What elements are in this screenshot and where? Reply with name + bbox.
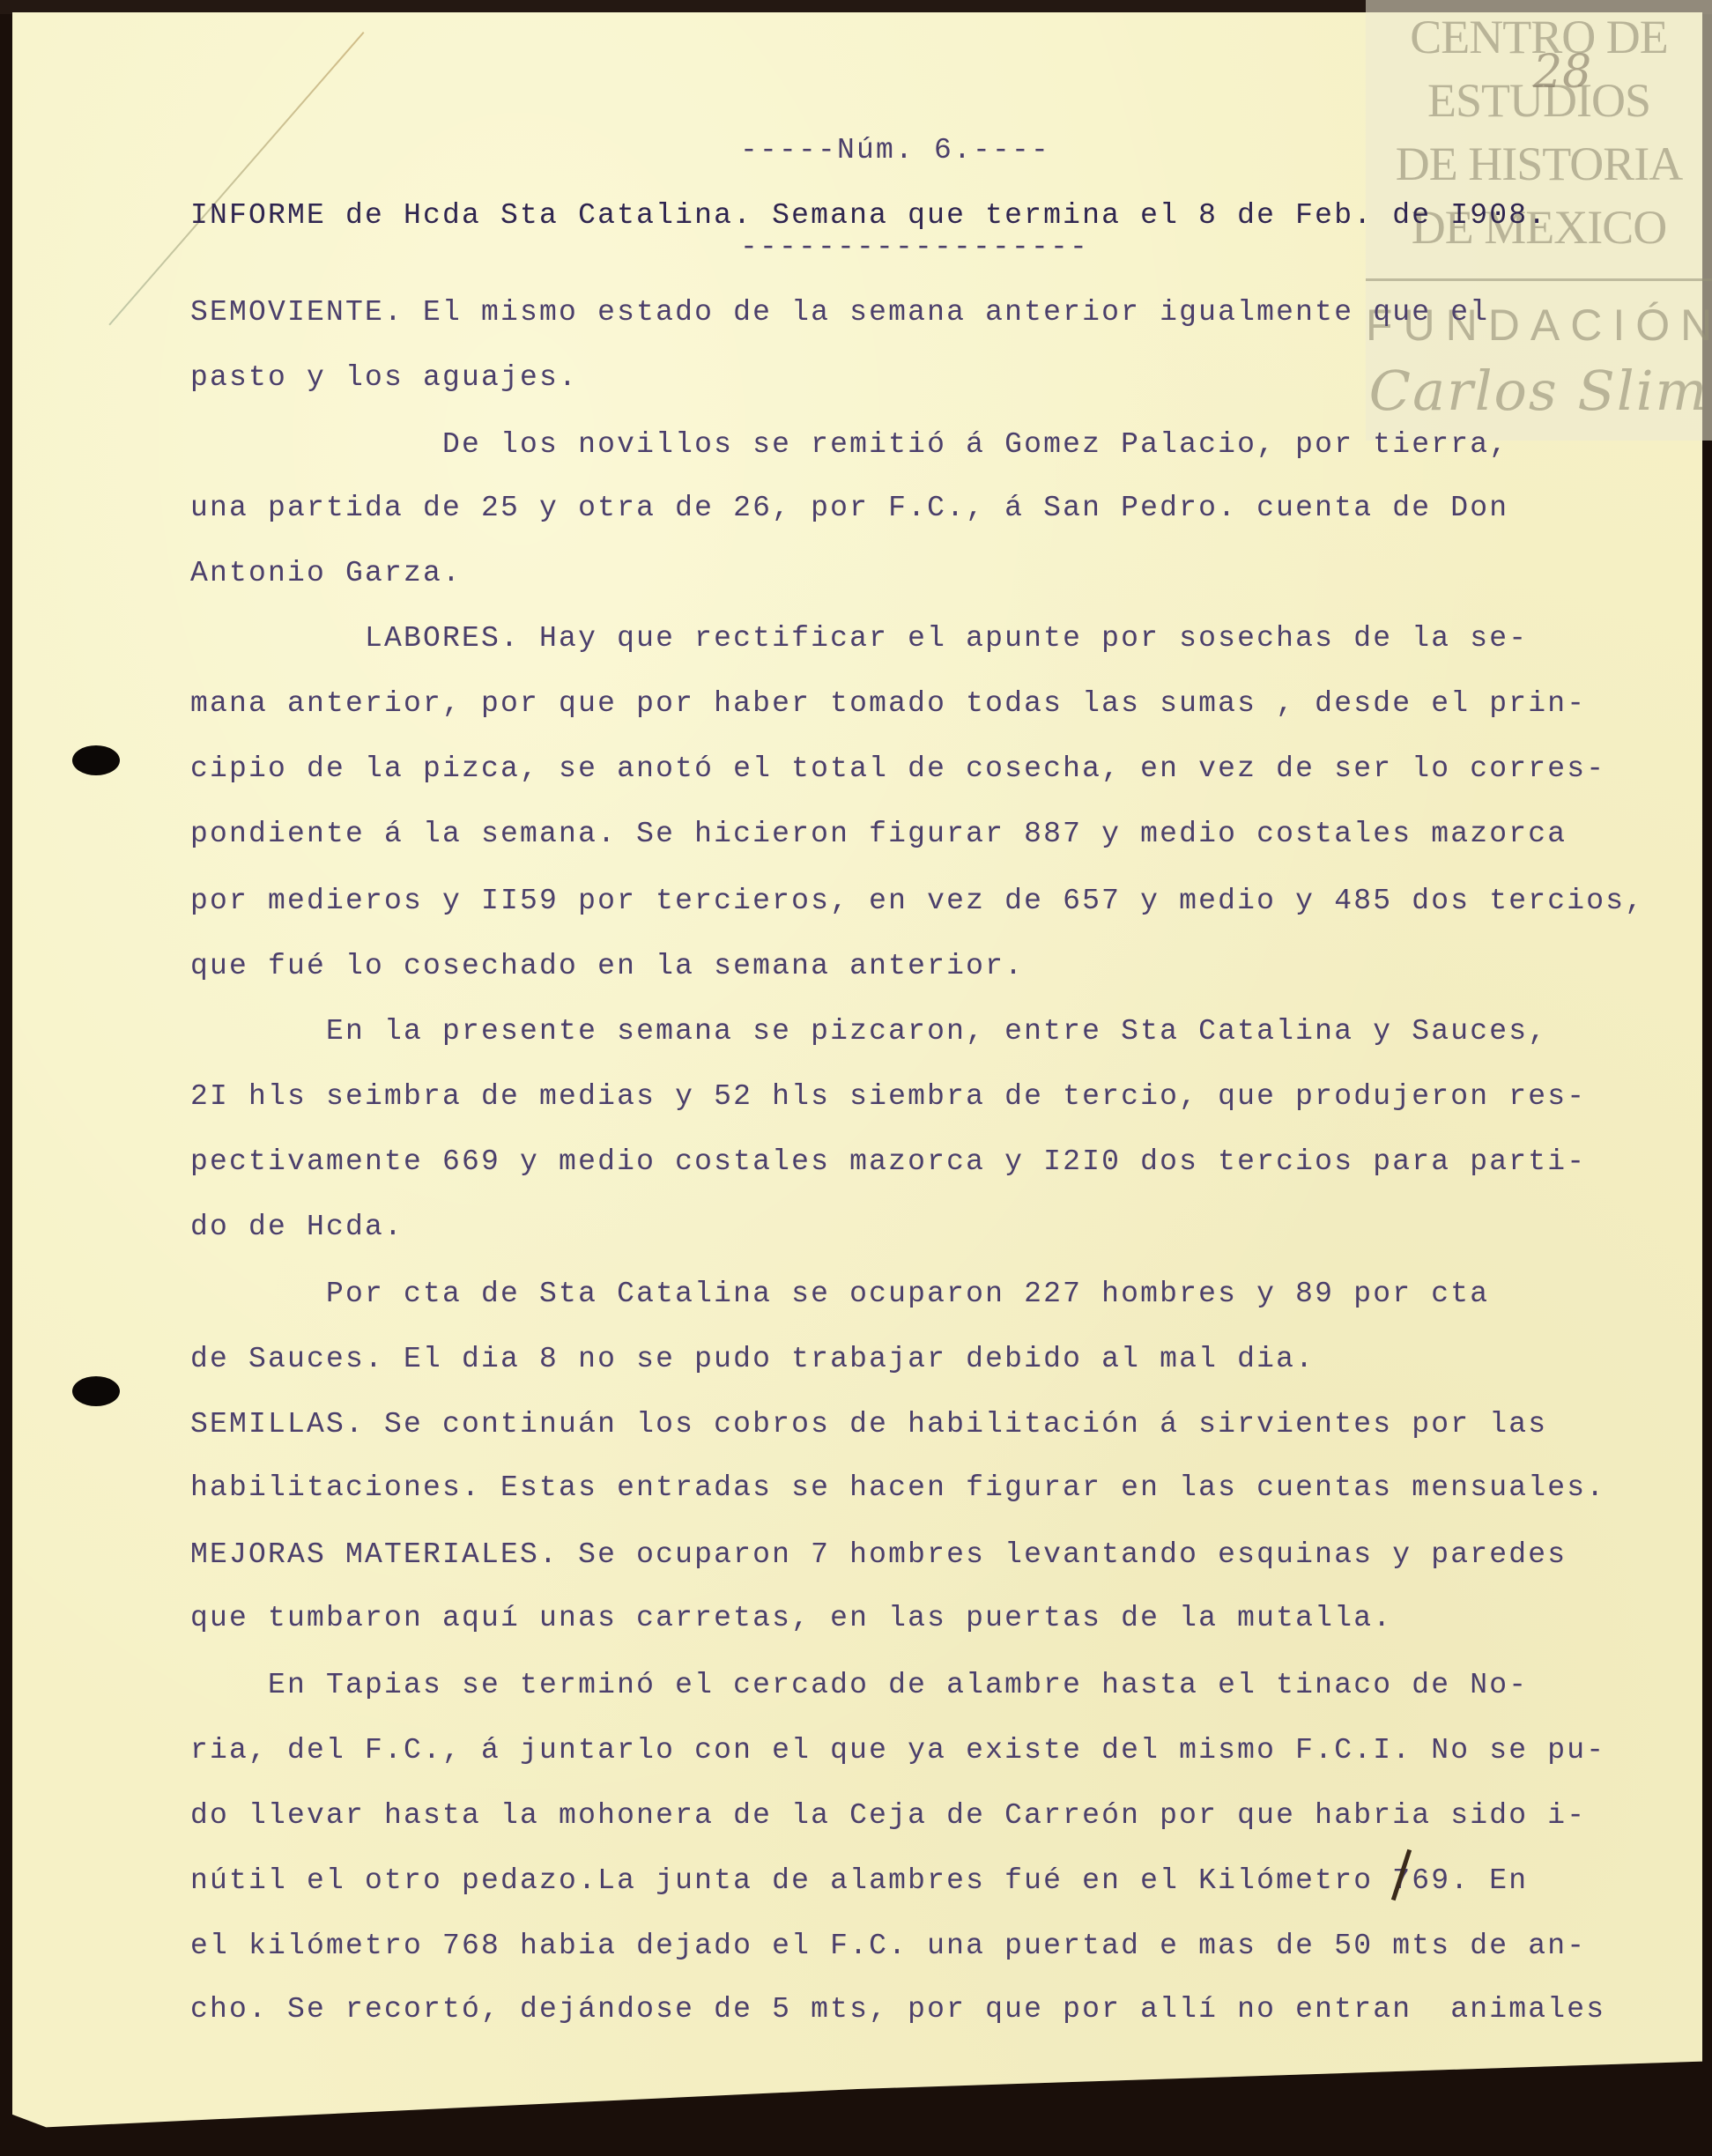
body-line: mana anterior, por que por haber tomado … bbox=[190, 687, 1586, 720]
body-line: pectivamente 669 y medio costales mazorc… bbox=[190, 1145, 1586, 1178]
body-line: Por cta de Sta Catalina se ocuparon 227 … bbox=[190, 1278, 1489, 1310]
body-line: do llevar hasta la mohonera de la Ceja d… bbox=[190, 1799, 1586, 1832]
body-line: cipio de la pizca, se anotó el total de … bbox=[190, 752, 1605, 785]
punch-hole-upper bbox=[72, 745, 120, 775]
report-title: INFORME de Hcda Sta Catalina. Semana que… bbox=[190, 199, 1547, 232]
body-line: En Tapias se terminó el cercado de alamb… bbox=[190, 1669, 1528, 1701]
watermark-signature: Carlos Slim bbox=[1366, 352, 1712, 431]
folio-number: 28 bbox=[1533, 46, 1591, 99]
punch-hole-lower bbox=[72, 1376, 120, 1406]
body-line: Antonio Garza. bbox=[190, 557, 462, 589]
body-line: de Sauces. El dia 8 no se pudo trabajar … bbox=[190, 1343, 1315, 1375]
watermark-divider bbox=[1366, 278, 1712, 281]
body-line: SEMILLAS. Se continuán los cobros de hab… bbox=[190, 1408, 1547, 1441]
body-line: pondiente á la semana. Se hicieron figur… bbox=[190, 818, 1567, 850]
body-line: LABORES. Hay que rectificar el apunte po… bbox=[190, 622, 1528, 655]
body-line: MEJORAS MATERIALES. Se ocuparon 7 hombre… bbox=[190, 1538, 1567, 1571]
body-line: En la presente semana se pizcaron, entre… bbox=[190, 1015, 1547, 1048]
body-line: cho. Se recortó, dejándose de 5 mts, por… bbox=[190, 1993, 1605, 2026]
report-number-heading: -----Núm. 6.---- bbox=[740, 134, 1050, 167]
body-line: do de Hcda. bbox=[190, 1211, 404, 1243]
body-line: ria, del F.C., á juntarlo con el que ya … bbox=[190, 1734, 1605, 1767]
title-underline: ------------------ bbox=[740, 231, 1089, 263]
watermark-line-3: DE HISTORIA bbox=[1366, 132, 1712, 196]
body-line: habilitaciones. Estas entradas se hacen … bbox=[190, 1471, 1605, 1504]
body-line: SEMOVIENTE. El mismo estado de la semana… bbox=[190, 296, 1489, 329]
body-line: por medieros y II59 por tercieros, en ve… bbox=[190, 885, 1644, 917]
body-line: De los novillos se remitió á Gomez Palac… bbox=[190, 428, 1508, 461]
body-line: el kilómetro 768 habia dejado el F.C. un… bbox=[190, 1930, 1586, 1962]
body-line: pasto y los aguajes. bbox=[190, 361, 578, 394]
body-line: que fué lo cosechado en la semana anteri… bbox=[190, 950, 1024, 982]
body-line: nútil el otro pedazo.La junta de alambre… bbox=[190, 1864, 1528, 1897]
body-line: una partida de 25 y otra de 26, por F.C.… bbox=[190, 492, 1508, 524]
body-line: 2I hls seimbra de medias y 52 hls siembr… bbox=[190, 1080, 1586, 1113]
body-line: que tumbaron aquí unas carretas, en las … bbox=[190, 1602, 1392, 1634]
